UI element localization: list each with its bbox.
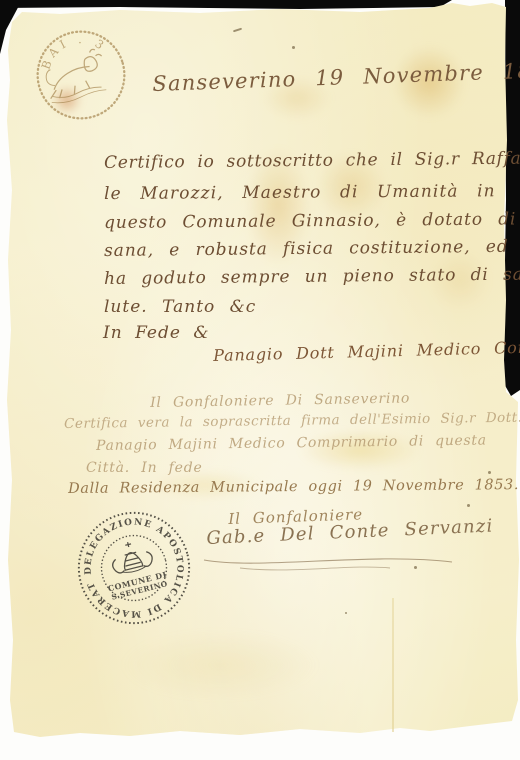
svg-text:BAI . 3: BAI . 3 [32, 24, 113, 75]
signature-flourish [200, 550, 460, 576]
certification-line: Città. In fede [86, 460, 203, 476]
fox-spot [467, 504, 470, 507]
reclining-lion-emblem [41, 47, 111, 106]
papal-tiara-keys-emblem [108, 537, 154, 576]
fox-spot [345, 612, 347, 614]
body-line: In Fede & [103, 323, 209, 343]
scan-edge-top [0, 0, 452, 10]
body-line: le Marozzi, Maestro di Umanità in [104, 181, 496, 204]
body-line: questo Comunale Ginnasio, è dotato di [104, 209, 516, 233]
body-line: lute. Tanto &c [104, 297, 256, 317]
revenue-stamp-value: BAI . 3 [32, 24, 113, 75]
fox-spot [292, 46, 295, 49]
body-line: sana, e robusta fisica costituzione, ed [104, 237, 509, 261]
scanned-document: BAI . 3 Sanseverino 19 Novembre 1853 Cer… [0, 0, 520, 760]
fox-spot [488, 471, 491, 474]
paper-crease [392, 598, 394, 732]
